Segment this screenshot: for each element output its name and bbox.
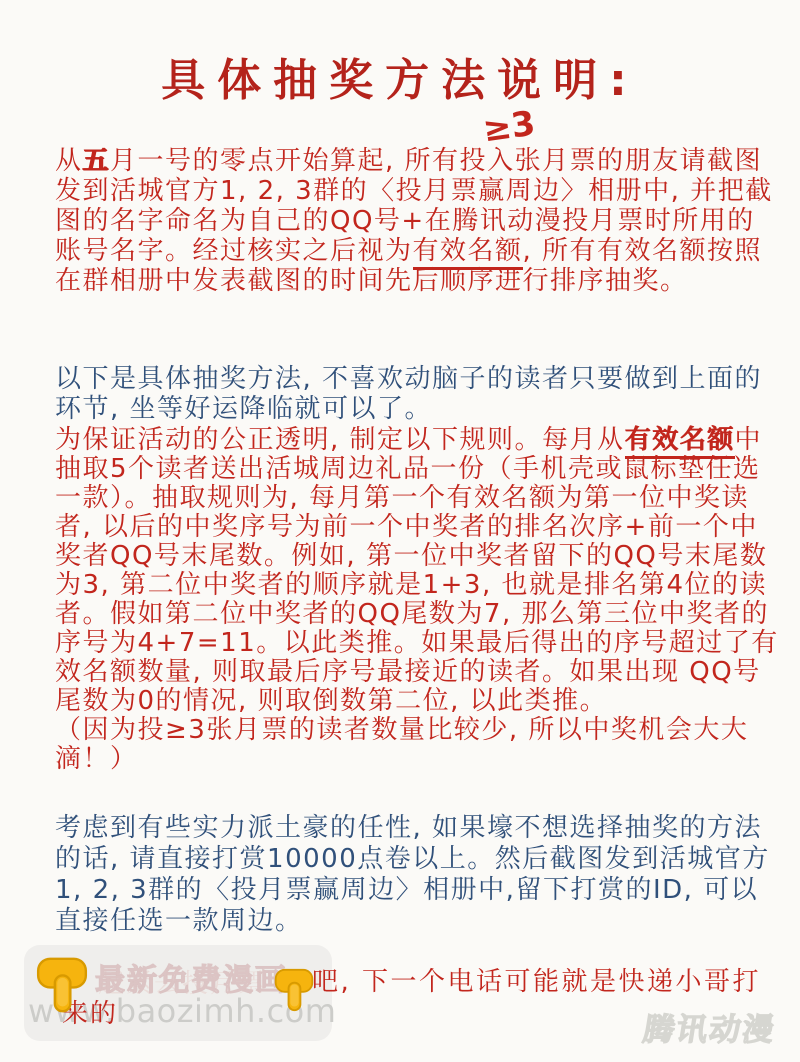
page-title: 具体抽奖方法说明: [0,44,800,108]
p1-text-start: 从 [55,146,83,176]
comic-announcement-page: 具体抽奖方法说明: 从五月一号的零点开始算起, 所有投≥3入张月票的朋友请截图发… [0,0,800,1062]
p1-ins-base: 入 [487,146,515,176]
paragraph-lottery-rules: 为保证活动的公正透明, 制定以下规则。每月从有效名额中抽取5个读者送出活城周边礼… [55,426,779,774]
tencent-comics-logo: 腾讯动漫 [640,1004,779,1049]
p3-parenthetical-note: （因为投≥3张月票的读者数量比较少, 所以中奖机会大大滴！） [55,716,779,774]
p1-correction-insert: ≥3入 [487,146,515,176]
paragraph-tycoon-option: 考虑到有些实力派土豪的任性, 如果壕不想选择抽奖的方法的话, 请直接打赏1000… [55,813,779,937]
min-tickets-annotation: ≥3 [481,109,537,146]
p3-text-start: 为保证活动的公正透明, 制定以下规则。每月从 [55,425,625,455]
paragraph-easy-method: 以下是具体抽奖方法, 不喜欢动脑子的读者只要做到上面的环节, 坐等好运降临就可以… [55,364,779,424]
pointing-down-hand-icon [33,954,91,1016]
p1-text-mid1: 月一号的零点开始算起, 所有投 [110,146,487,176]
pointing-down-hand-icon [272,964,316,1016]
footer-text: 吧, 下一个电话可能就是快递小哥打 [312,961,761,998]
p3-text-body: 中抽取5个读者送出活城周边礼品一份（手机壳或鼠标垫任选一款）。抽取规则为, 每月… [55,425,779,716]
paragraph-submission-rules: 从五月一号的零点开始算起, 所有投≥3入张月票的朋友请截图发到活城官方1, 2,… [55,146,779,296]
p1-emphasized-month: 五 [83,146,111,176]
valid-quota-underlined: 有效名额 [413,236,523,270]
